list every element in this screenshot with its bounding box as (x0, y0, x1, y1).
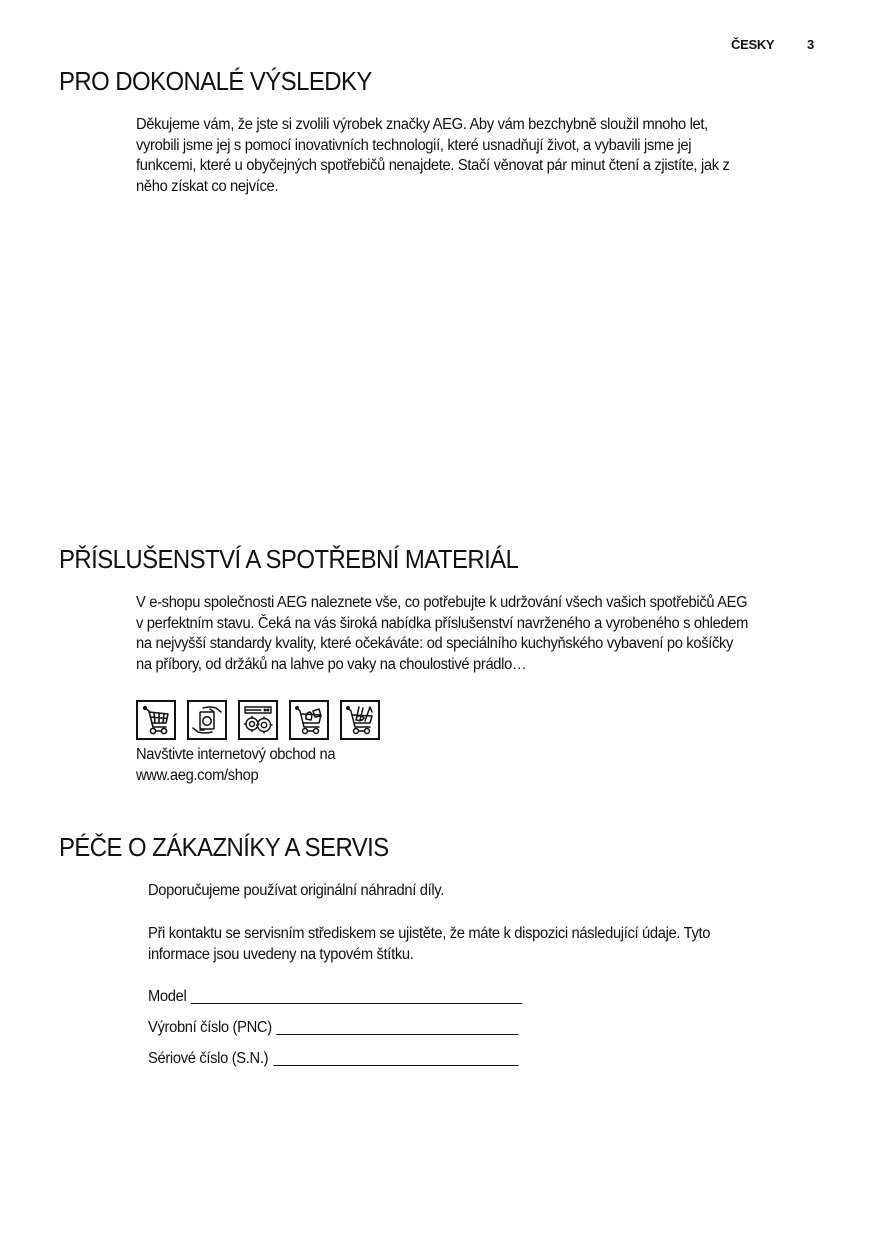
shop-text: Navštivte internetový obchod na www.aeg.… (136, 745, 335, 786)
shop-link[interactable]: www.aeg.com/shop (136, 766, 335, 787)
shopping-cart-icon (136, 700, 176, 740)
section-title-results: PRO DOKONALÉ VÝSLEDKY (59, 66, 372, 97)
shop-visit-text: Navštivte internetový obchod na (136, 745, 335, 766)
field-label-serial: Sériové číslo (S.N.) (148, 1049, 268, 1070)
page-number: 3 (807, 37, 814, 52)
model-blank-line[interactable] (191, 1003, 523, 1004)
field-model: Model (148, 987, 523, 1008)
pnc-blank-line[interactable] (277, 1034, 519, 1035)
paragraph-line: v perfektním stavu. Čeká na vás široká n… (136, 614, 748, 635)
section-title-service: PÉČE O ZÁKAZNÍKY A SERVIS (59, 832, 389, 863)
hands-appliance-icon (187, 700, 227, 740)
paragraph-line: Děkujeme vám, že jste si zvolili výrobek… (136, 115, 730, 136)
recommendation-line: Doporučujeme používat originální náhradn… (148, 881, 444, 902)
paragraph-line: informace jsou uvedeny na typovém štítku… (148, 945, 710, 966)
intro-paragraph: Děkujeme vám, že jste si zvolili výrobek… (136, 115, 730, 197)
cart-accessories-icon (289, 700, 329, 740)
paragraph-line: něho získat co nejvíce. (136, 177, 730, 198)
header-language: ČESKY (731, 37, 774, 52)
serial-blank-line[interactable] (273, 1065, 518, 1066)
field-serial: Sériové číslo (S.N.) (148, 1049, 518, 1070)
cart-utensils-icon (340, 700, 380, 740)
field-label-model: Model (148, 987, 186, 1008)
accessory-icons (136, 700, 380, 740)
paragraph-line: V e-shopu společnosti AEG naleznete vše,… (136, 593, 748, 614)
section-title-accessories: PŘÍSLUŠENSTVÍ A SPOTŘEBNÍ MATERIÁL (59, 544, 518, 575)
paragraph-line: na příbory, od držáků na lahve po vaky n… (136, 655, 748, 676)
paragraph-line: Při kontaktu se servisním střediskem se … (148, 924, 710, 945)
accessories-paragraph: V e-shopu společnosti AEG naleznete vše,… (136, 593, 748, 675)
recommendation-text: Doporučujeme používat originální náhradn… (148, 881, 444, 902)
paragraph-line: na nejvyšší standardy kvality, které oče… (136, 634, 748, 655)
field-label-pnc: Výrobní číslo (PNC) (148, 1018, 272, 1039)
gears-icon (238, 700, 278, 740)
paragraph-line: funkcemi, které u obyčejných spotřebičů … (136, 156, 730, 177)
paragraph-line: vyrobili jsme jej s pomocí inovativních … (136, 136, 730, 157)
field-pnc: Výrobní číslo (PNC) (148, 1018, 519, 1039)
contact-paragraph: Při kontaktu se servisním střediskem se … (148, 924, 710, 965)
